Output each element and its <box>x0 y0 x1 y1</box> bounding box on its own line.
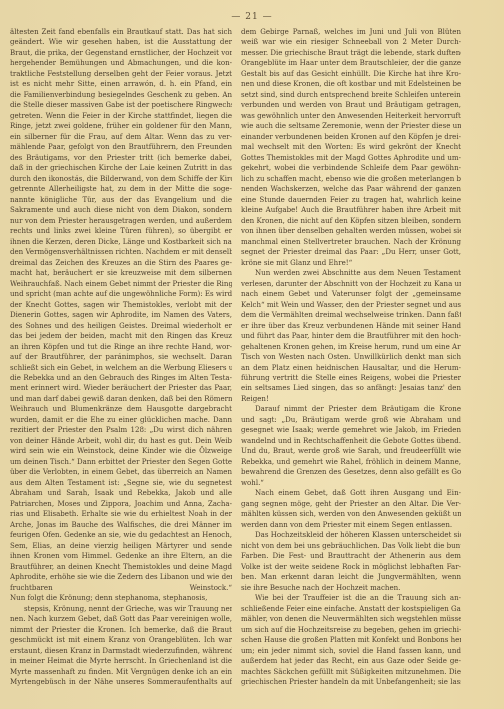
text-line: geschmückt ist mit einem Kranz von Orang… <box>10 635 232 645</box>
text-line: um; ein jeder nimmt sich, soviel die Han… <box>241 646 461 656</box>
text-line: um sich auf die Hochzeitsreise zu begebe… <box>241 625 461 635</box>
text-line: ein silberner für die Frau, auf dem Alta… <box>10 132 232 142</box>
text-line: manchmal einen Stellvertreter brauchen. … <box>241 237 461 247</box>
text-line: gesegnet wie Isaak; werde gemehret wie J… <box>241 425 461 435</box>
text-line: und sagt: „Du, Bräutigam werde groß wie … <box>241 415 461 425</box>
text-line: nen und diese Kronen, die oft kostbar un… <box>241 79 461 89</box>
text-line: griechischen Priester handeln da mit Unb… <box>241 677 461 687</box>
text-line: ment erinnert wird. Wieder beräuchert de… <box>10 383 232 393</box>
text-line: die Stelle dieser massiven Gabe ist der … <box>10 100 232 110</box>
text-line: dem Gebirge Parnaß, welches im Juni und … <box>241 27 461 37</box>
text-line: wohl.“ <box>241 478 461 488</box>
text-line: Aphrodite, erhöhe sie wie die Zedern des… <box>10 572 232 582</box>
text-line: einander verbundenen beiden Kronen auf d… <box>241 132 461 142</box>
text-line: werden dann von dem Priester mit einem S… <box>241 520 461 530</box>
text-line: erstaunt, diesen Kranz in Darmstadt wied… <box>10 646 232 656</box>
text-line: schließt sich ein Gebet, in welchem an d… <box>10 363 232 373</box>
text-line: messer. Die griechische Braut trägt die … <box>241 48 461 58</box>
text-line: daß in der griechischen Kirche der Laie … <box>10 163 232 173</box>
text-line: kröne sie mit Glanz und Ehre!“ <box>241 258 461 268</box>
text-line: und man darf dabei gewiß daran denken, d… <box>10 394 232 404</box>
text-line: um deinen Tisch.“ Dann erbittet der Prie… <box>10 457 232 467</box>
text-line: getreten. Wenn die Feier in der Kirche s… <box>10 111 232 121</box>
text-line: gang segnen möge, geht der Priester an d… <box>241 499 461 509</box>
text-line: verlesen, darunter der Abschnitt von der… <box>241 279 461 289</box>
text-line: Nach einem Gebet, daß Gott ihren Ausgang… <box>241 488 461 498</box>
text-line: Kelch“ mit Wein und Wasser, den der Prie… <box>241 300 461 310</box>
text-line: nen. Nach kurzem Gebet, daß Gott das Paa… <box>10 614 232 624</box>
text-line: durch den ikonostás, die Bilderwand, von… <box>10 174 232 184</box>
text-line: Wie bei der Trauffeier ist die an die Tr… <box>241 593 461 603</box>
text-line: an dem Platz einen heidnischen Hausaltar… <box>241 363 461 373</box>
text-line: wurden, damit er die Ehe zu einer glückl… <box>10 415 232 425</box>
text-line: weiß war wie ein riesiger Schneeball von… <box>241 37 461 47</box>
text-line: Orangeblüte im Haar unter dem Brautschle… <box>241 58 461 68</box>
text-line: Myrtengebüsch in der Nähe unseres Sommer… <box>10 677 232 687</box>
text-line: über die Verlobten, in einem Gebet, das … <box>10 467 232 477</box>
text-line: Brautführer, an deinen Knecht Themistokl… <box>10 562 232 572</box>
text-line: und spricht (man achte auf die ungewöhnl… <box>10 289 232 299</box>
text-line: ihnen die Kerzen, deren Dicke, Länge und… <box>10 237 232 247</box>
text-line: den Kronen, die nicht auf den Köpfen sit… <box>241 216 461 226</box>
text-line: er ihre über das Kreuz verbundenen Hände… <box>241 321 461 331</box>
text-line: bewahrend die Grenzen des Gesetzes, denn… <box>241 467 461 477</box>
text-line: traktliche Feststellung derselben geht d… <box>10 69 232 79</box>
text-line: ältesten Zeit fand ebenfalls ein Brautka… <box>10 27 232 37</box>
text-line: dreimal das Zeichen des Kreuzes an die S… <box>10 258 232 268</box>
text-line: stepsis, Krönung, nennt der Grieche, was… <box>10 604 232 614</box>
text-line: Sakramente und auch diese nicht von dem … <box>10 205 232 215</box>
text-line: verbunden und werden von Braut und Bräut… <box>241 100 461 110</box>
text-line: das bei jedem der beiden, macht mit den … <box>10 331 232 341</box>
text-line: schließende Feier eine einfache. Anstatt… <box>241 604 461 614</box>
text-line: Rebekka, und gemehrt wie Rahel, fröhlich… <box>241 457 461 467</box>
text-line: Sem, Elias, an deine vierzig heiligen Mä… <box>10 541 232 551</box>
text-line: rias und Elisabeth. Erhalte sie wie du e… <box>10 509 232 519</box>
text-line: in meiner Heimat die Myrte herrscht. In … <box>10 656 232 666</box>
text-line: Myrte massenhaft zu finden. Mit Vergnüge… <box>10 667 232 677</box>
text-line: ist es nicht mehr Sitte, einen arrawón, … <box>10 79 232 89</box>
text-line: feurigen Ofen. Gedenke an sie, wie du ge… <box>10 530 232 540</box>
text-line: nach einem Gebet und Vaterunser folgt de… <box>241 289 461 299</box>
text-line: Gestalt bis auf das Gesicht einhüllt. Di… <box>241 69 461 79</box>
text-line: mählende Paar, gefolgt von den Brautführ… <box>10 142 232 152</box>
text-line: lich zu schaffen macht, ebenso wie die g… <box>241 174 461 184</box>
text-line: Das Hochzeitskleid der höheren Klassen u… <box>241 530 461 540</box>
text-line: wie auch die seltsame Zeremonie, wenn de… <box>241 121 461 131</box>
text-line: rechts und links zwei kleine Türen führe… <box>10 226 232 236</box>
text-line: sie ihre Besuche nach der Hochzeit mache… <box>241 583 461 593</box>
left-text-column: ältesten Zeit fand ebenfalls ein Brautka… <box>10 27 232 688</box>
text-line: auf der Brautführer, der paránimphos, si… <box>10 352 232 362</box>
text-line: getrennte Allerheiligste hat, zu dem in … <box>10 184 232 194</box>
text-line: gehaltenen Kronen gehen, im Kreise herum… <box>241 342 461 352</box>
text-line: nicht von dem bei uns gebräuchlichen. Da… <box>241 541 461 551</box>
text-line: von deiner Hände Arbeit, wohl dir, du ha… <box>10 436 232 446</box>
text-line: die Familienverbindung besiegelndes Gesc… <box>10 90 232 100</box>
text-line: Patriarchen, Moses und Zippora, Joachim … <box>10 499 232 509</box>
text-line: Gottes Themistokles mit der Magd Gottes … <box>241 153 461 163</box>
text-line: Nun folgt die Krönung; denn stephanoma, … <box>10 593 232 603</box>
text-line: Ringe, jetzt zwei goldene, früher ein go… <box>10 121 232 131</box>
text-line: gekehrt, wobei die verbindende Schleife … <box>241 163 461 173</box>
right-text-column: dem Gebirge Parnaß, welches im Juni und … <box>241 27 461 688</box>
text-line: ihnen Kronen vom Himmel. Gedenke an ihre… <box>10 551 232 561</box>
text-line: macht hat, beräuchert er sie kreuzweise … <box>10 268 232 278</box>
text-line: Farben. Die Fest- und Brauttracht der At… <box>241 551 461 561</box>
text-line: Tisch von Westen nach Osten. Unwillkürli… <box>241 352 461 362</box>
text-line: eine Stunde dauernden Feier zu tragen ha… <box>241 195 461 205</box>
text-line: nimmt der Priester die Kronen. Ich bemer… <box>10 625 232 635</box>
text-line: kleine Aufgabe! Auch die Brautführer hab… <box>241 205 461 215</box>
text-line: Reigen! <box>241 394 461 404</box>
text-line: Dienerin Gottes, sagen wir Aphrodite, im… <box>10 310 232 320</box>
text-line: Nun werden zwei Abschnitte aus dem Neuen… <box>241 268 461 278</box>
text-line: schen Hause die großen Platten mit Konfe… <box>241 635 461 645</box>
text-line: des Sohnes und des heiligen Geistes. Dre… <box>10 321 232 331</box>
text-line: mähler, von denen die Neuvermählten sich… <box>241 614 461 624</box>
text-line: außerdem hat jeder das Recht, ein aus Ga… <box>241 656 461 666</box>
text-line: ein seltsames Lied singen, das so anfäng… <box>241 383 461 393</box>
text-line: Braut, die prika, der Gegenstand ernstli… <box>10 48 232 58</box>
text-line: dem die Vermählten dreimal wechselweise … <box>241 310 461 320</box>
text-line: nenden Wachskerzen, welche das Paar währ… <box>241 184 461 194</box>
text-line: Weihrauchfaß. Nach einem Gebet nimmt der… <box>10 279 232 289</box>
text-line: rezitiert der Priester den Psalm 128: „D… <box>10 425 232 435</box>
text-line: geändert. Wie wir gesehen haben, ist die… <box>10 37 232 47</box>
text-line: nannte königliche Tür, aus der das Evang… <box>10 195 232 205</box>
text-line: aus dem Alten Testament ist: „Segne sie,… <box>10 478 232 488</box>
text-line: den Vermögensverhältnissen richten. Nach… <box>10 247 232 257</box>
text-line: Volke ist der weite seidene Rock in mögl… <box>241 562 461 572</box>
text-line: Und du, Braut, werde groß wie Sarah, und… <box>241 446 461 456</box>
text-line: mal wechselt mit den Worten: Es wird gek… <box>241 142 461 152</box>
text-line: wird sein wie ein Weinstock, deine Kinde… <box>10 446 232 456</box>
text-line: führung vertritt die Stelle eines Reigen… <box>241 373 461 383</box>
text-line: nur von dem Priester herausgetragen werd… <box>10 216 232 226</box>
text-line: fruchtbaren Weinstock.“ <box>10 583 232 593</box>
text-line: Weihrauch und Blumenkränze dem Hausgotte… <box>10 404 232 414</box>
text-line: hergehender Bemühungen und Abmachungen, … <box>10 58 232 68</box>
text-line: von ihnen über denselben gehalten werden… <box>241 226 461 236</box>
text-line: ben. Man erkennt daran leicht die Jungve… <box>241 572 461 582</box>
text-line: die Rebekka und an den Gebrauch des Ring… <box>10 373 232 383</box>
text-line: der Knecht Gottes, sagen wir Themistokle… <box>10 300 232 310</box>
page-number: — 21 — <box>0 12 504 22</box>
text-line: mählten küssen sich, werden von den Anwe… <box>241 509 461 519</box>
book-page: — 21 — ältesten Zeit fand ebenfalls ein … <box>0 0 504 709</box>
text-line: Arche, Jonas im Bauche des Walfisches, d… <box>10 520 232 530</box>
text-line: an ihren Köpfen und tut die Ringe an ihr… <box>10 342 232 352</box>
text-line: machtes Säckchen gefüllt mit Süßigkeiten… <box>241 667 461 677</box>
text-line: wandelnd und in Rechtschaffenheit die Ge… <box>241 436 461 446</box>
text-line: setzt sind, sind durch entsprechend brei… <box>241 90 461 100</box>
text-line: was gewöhnlich unter den Anwesenden Heit… <box>241 111 461 121</box>
text-line: segnet der Priester dreimal das Paar: „D… <box>241 247 461 257</box>
text-line: des Bräutigams, vor den Priester tritt (… <box>10 153 232 163</box>
text-line: und führt das Paar, hinter dem die Braut… <box>241 331 461 341</box>
text-line: Abraham und Sarah, Isaak und Rebekka, Ja… <box>10 488 232 498</box>
text-line: Darauf nimmt der Priester dem Bräutigam … <box>241 404 461 414</box>
